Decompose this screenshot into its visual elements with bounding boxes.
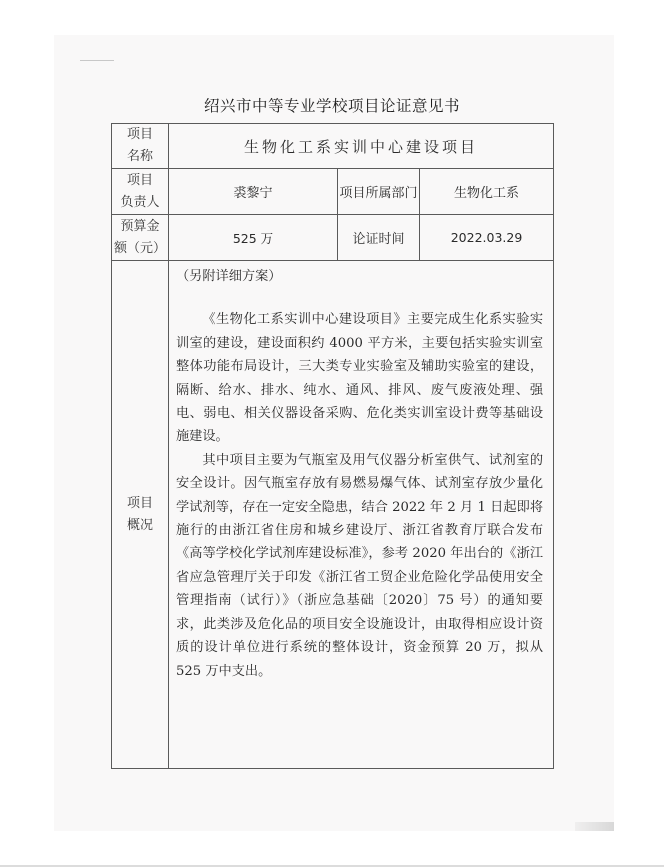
- overview-paragraph-1: 《生物化工系实训中心建设项目》主要完成生化系实验实训室的建设，建设面积约 400…: [176, 308, 543, 448]
- row-project-leader: 项目 负责人 裘黎宁 项目所属部门 生物化工系: [112, 169, 554, 215]
- document-title: 绍兴市中等专业学校项目论证意见书: [0, 94, 664, 116]
- scan-edge-shadow: [575, 822, 614, 831]
- overview-paragraph-2: 其中项目主要为气瓶室及用气仪器分析室供气、试剂室的安全设计。因气瓶室存放有易燃易…: [176, 449, 543, 683]
- project-name-label: 项目 名称: [112, 124, 169, 169]
- department-label: 项目所属部门: [338, 169, 420, 215]
- scan-artifact-mark: [80, 60, 114, 61]
- attachment-note: （另附详细方案）: [176, 265, 543, 288]
- row-project-name: 项目 名称 生物化工系实训中心建设项目: [112, 124, 554, 169]
- budget-label: 预算金 额（元）: [112, 215, 169, 261]
- label-line: 额（元）: [112, 238, 168, 260]
- label-line: 项目: [112, 124, 168, 146]
- review-date-label: 论证时间: [338, 215, 420, 261]
- label-line: 预算金: [112, 216, 168, 238]
- review-date-value: 2022.03.29: [420, 215, 554, 261]
- project-overview-content: （另附详细方案） 《生物化工系实训中心建设项目》主要完成生化系实验实训室的建设，…: [169, 261, 554, 769]
- label-line: 概况: [112, 515, 168, 537]
- review-form-table: 项目 名称 生物化工系实训中心建设项目 项目 负责人 裘黎宁 项目所属部门 生物…: [111, 123, 554, 769]
- project-overview-label: 项目 概况: [112, 261, 169, 769]
- label-line: 项目: [112, 493, 168, 515]
- project-name-value: 生物化工系实训中心建设项目: [169, 124, 554, 169]
- label-line: 名称: [112, 146, 168, 168]
- department-value: 生物化工系: [420, 169, 554, 215]
- label-line: 项目: [112, 170, 168, 192]
- budget-value: 525 万: [169, 215, 338, 261]
- row-budget: 预算金 额（元） 525 万 论证时间 2022.03.29: [112, 215, 554, 261]
- project-leader-value: 裘黎宁: [169, 169, 338, 215]
- label-line: 负责人: [112, 192, 168, 214]
- project-leader-label: 项目 负责人: [112, 169, 169, 215]
- row-project-overview: 项目 概况 （另附详细方案） 《生物化工系实训中心建设项目》主要完成生化系实验实…: [112, 261, 554, 769]
